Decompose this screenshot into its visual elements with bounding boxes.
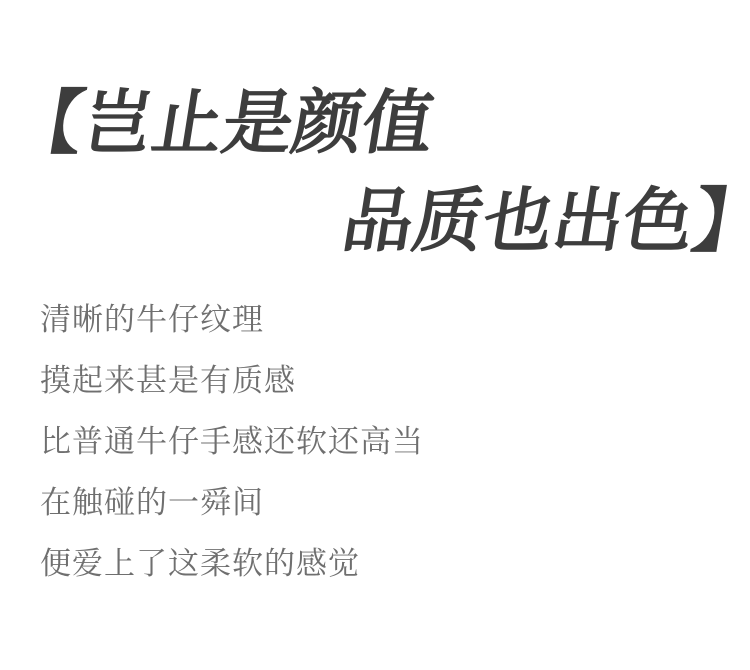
- promo-body-line-3: 比普通牛仔手感还软还高当: [40, 411, 424, 472]
- product-promo-section: 【岂止是颜值 品质也出色】 清晰的牛仔纹理 摸起来甚是有质感 比普通牛仔手感还软…: [0, 0, 750, 670]
- promo-body-line-5: 便爱上了这柔软的感觉: [40, 533, 424, 594]
- promo-body-line-2: 摸起来甚是有质感: [40, 350, 424, 411]
- headline-line-2: 品质也出色】: [338, 186, 750, 256]
- promo-body-copy: 清晰的牛仔纹理 摸起来甚是有质感 比普通牛仔手感还软还高当 在触碰的一舜间 便爱…: [40, 289, 424, 594]
- promo-body-line-4: 在触碰的一舜间: [40, 472, 424, 533]
- headline-line-1: 【岂止是颜值: [37, 88, 439, 158]
- promo-body-line-1: 清晰的牛仔纹理: [40, 289, 424, 350]
